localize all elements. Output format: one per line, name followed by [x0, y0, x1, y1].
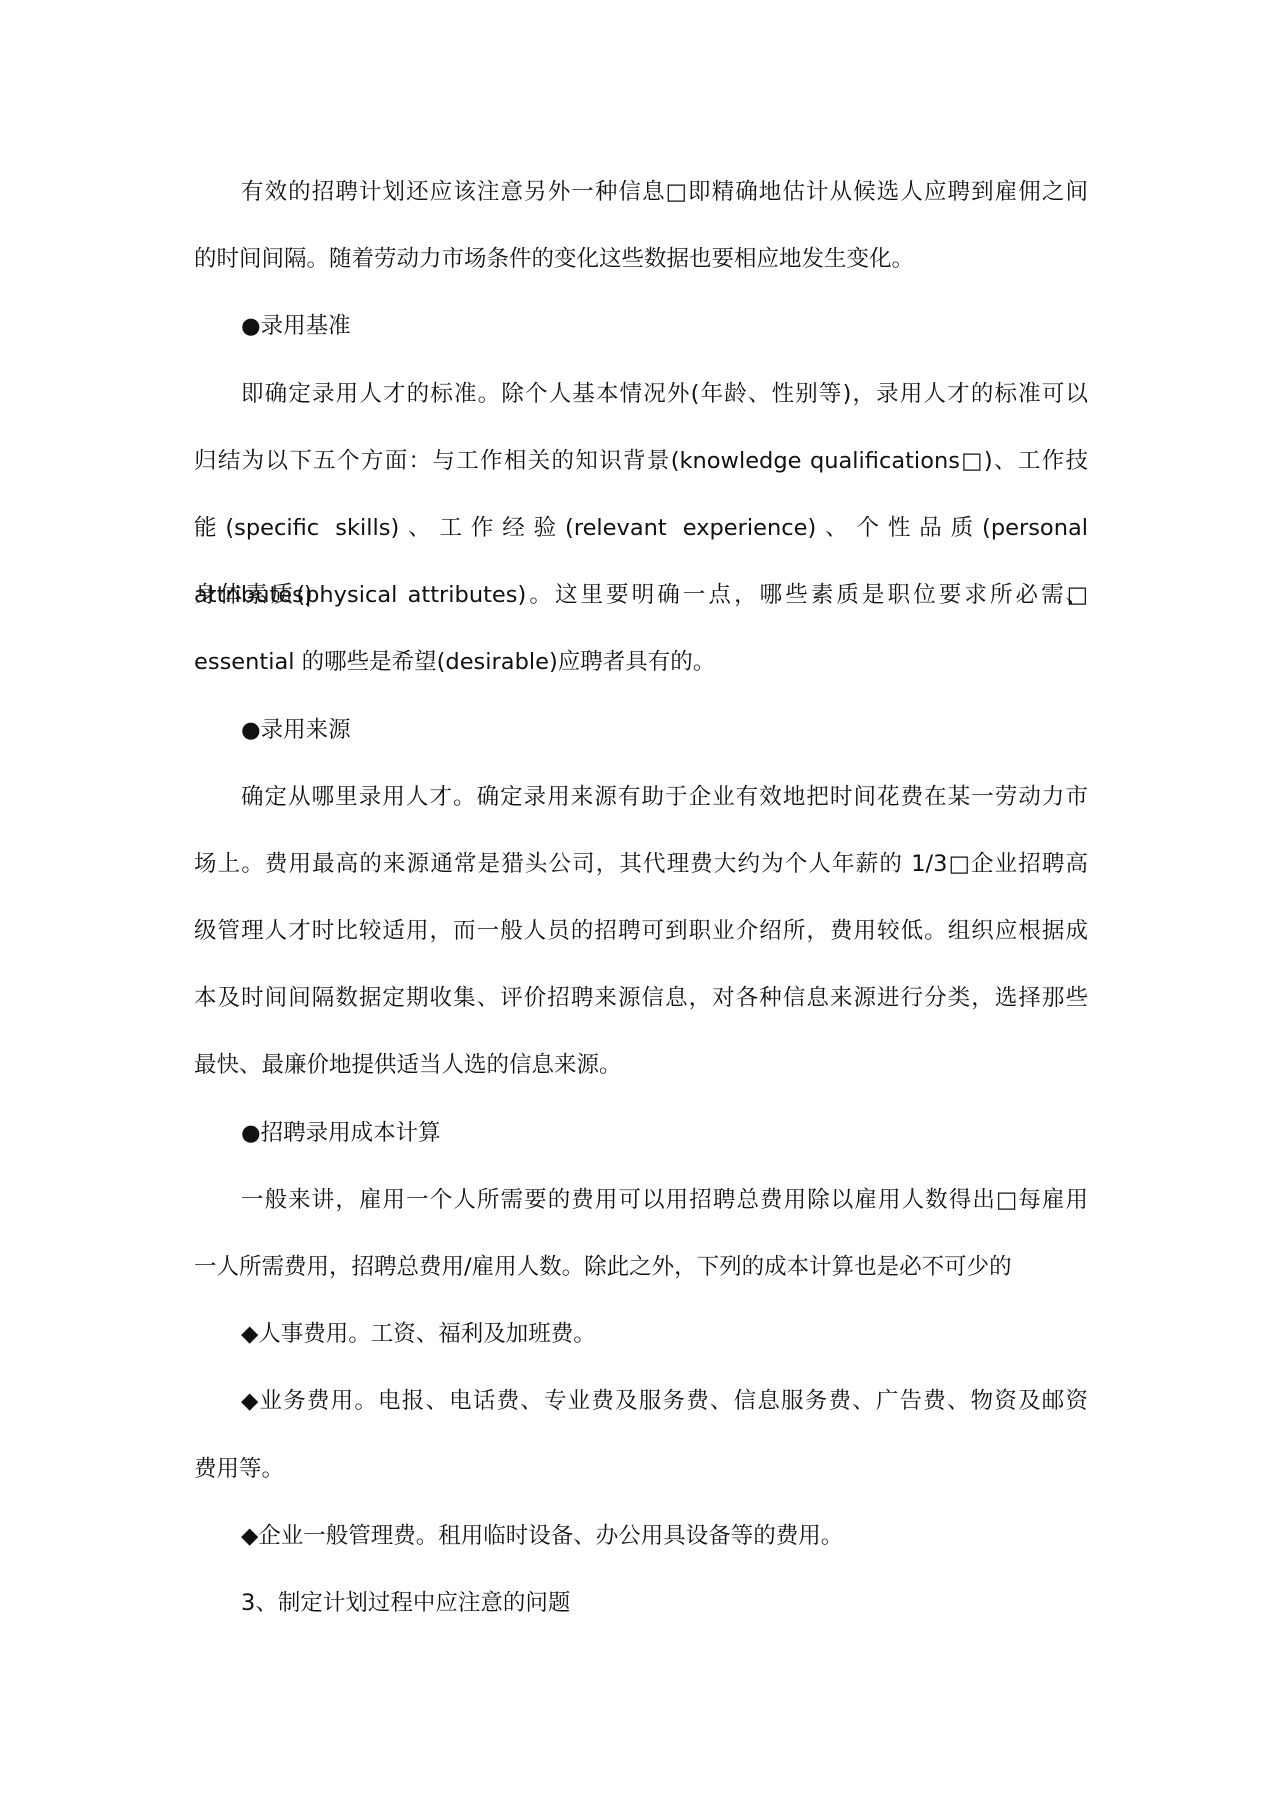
section-heading-planning-issues: 3、制定计划过程中应注意的问题: [194, 1570, 1088, 1637]
paragraph-line: 最快、最廉价地提供适当人选的信息来源。: [194, 1032, 1088, 1099]
section-heading-hiring-cost: ●招聘录用成本计算: [194, 1100, 1088, 1167]
paragraph-line: 本及时间间隔数据定期收集、评价招聘来源信息，对各种信息来源进行分类，选择那些: [194, 965, 1088, 1032]
paragraph-line: 场上。费用最高的来源通常是猎头公司，其代理费大约为个人年薪的 1/3□企业招聘高: [194, 831, 1088, 898]
section-heading-hiring-criteria: ●录用基准: [194, 293, 1088, 360]
paragraph-line: 归结为以下五个方面：与工作相关的知识背景(knowledge qualifica…: [194, 428, 1088, 495]
paragraph-line: 一人所需费用，招聘总费用/雇用人数。除此之外，下列的成本计算也是必不可少的: [194, 1234, 1088, 1301]
document-body: 有效的招聘计划还应该注意另外一种信息□即精确地估计从候选人应聘到雇佣之间 的时间…: [194, 159, 1088, 1637]
paragraph-line: 确定从哪里录用人才。确定录用来源有助于企业有效地把时间花费在某一劳动力市: [194, 764, 1088, 831]
document-page: 有效的招聘计划还应该注意另外一种信息□即精确地估计从候选人应聘到雇佣之间 的时间…: [0, 0, 1280, 1810]
section-heading-hiring-sources: ●录用来源: [194, 697, 1088, 764]
list-item-admin-cost: ◆企业一般管理费。租用临时设备、办公用具设备等的费用。: [194, 1503, 1088, 1570]
paragraph-line: 费用等。: [194, 1436, 1088, 1503]
paragraph-line: 级管理人才时比较适用，而一般人员的招聘可到职业介绍所，费用较低。组织应根据成: [194, 898, 1088, 965]
list-item-business-cost: ◆业务费用。电报、电话费、专业费及服务费、信息服务费、广告费、物资及邮资: [194, 1368, 1088, 1435]
paragraph-line: 有效的招聘计划还应该注意另外一种信息□即精确地估计从候选人应聘到雇佣之间: [194, 159, 1088, 226]
paragraph-line: 即确定录用人才的标准。除个人基本情况外(年龄、性别等)，录用人才的标准可以: [194, 361, 1088, 428]
paragraph-line: 一般来讲，雇用一个人所需要的费用可以用招聘总费用除以雇用人数得出□每雇用: [194, 1167, 1088, 1234]
paragraph-line: essential 的哪些是希望(desirable)应聘者具有的。: [194, 629, 1088, 696]
paragraph-line: 的时间间隔。随着劳动力市场条件的变化这些数据也要相应地发生变化。: [194, 226, 1088, 293]
paragraph-line: 身体素质(physical attributes)。这里要明确一点，哪些素质是职…: [194, 562, 1088, 629]
paragraph-line: 能(specific skills)、工作经验(relevant experie…: [194, 495, 1088, 562]
list-item-personnel-cost: ◆人事费用。工资、福利及加班费。: [194, 1301, 1088, 1368]
